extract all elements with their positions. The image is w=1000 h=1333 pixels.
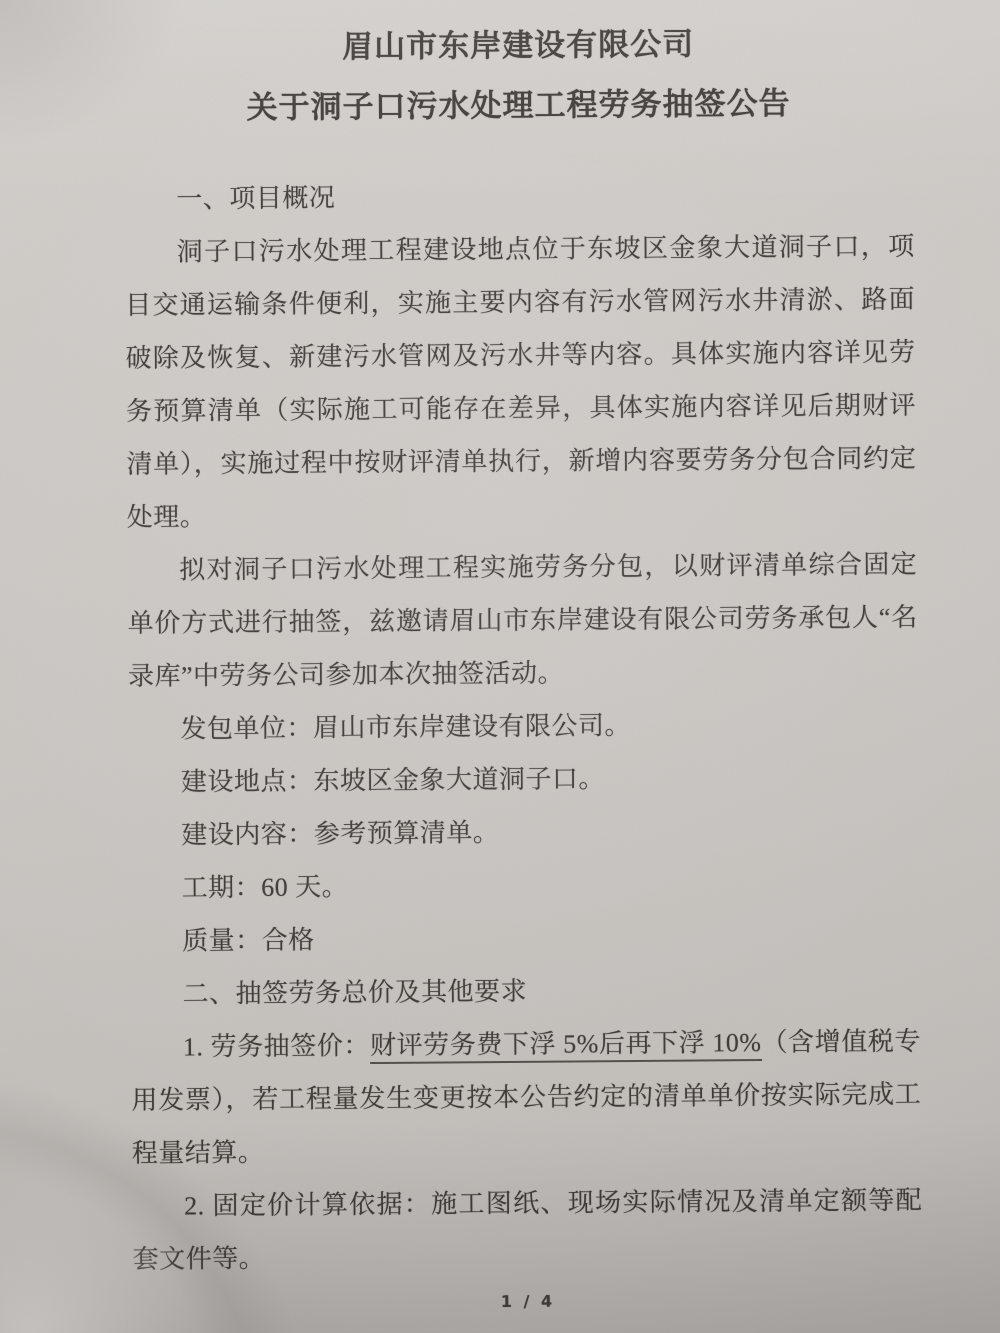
section1-paragraph-invitation: 拟对洞子口污水处理工程实施劳务分包，以财评清单综合固定单价方式进行抽签，兹邀请眉… bbox=[127, 538, 918, 703]
document-content: 眉山市东岸建设有限公司 关于洞子口污水处理工程劳务抽签公告 一、项目概况 洞子口… bbox=[0, 0, 1000, 1287]
section2-item-price: 1. 劳务抽签价：财评劳务费下浮 5%后再下浮 10%（含增值税专用发票），若工… bbox=[131, 1015, 922, 1180]
item-price-underlined-text: 财评劳务费下浮 5%后再下浮 10% bbox=[370, 1028, 762, 1064]
item-price-prefix: 1. 劳务抽签价： bbox=[183, 1031, 370, 1061]
field-quality: 质量：合格 bbox=[130, 909, 920, 968]
section2-heading: 二、抽签劳务总价及其他要求 bbox=[130, 962, 920, 1021]
section1-heading: 一、项目概况 bbox=[124, 167, 914, 226]
section1-paragraph-overview: 洞子口污水处理工程建设地点位于东坡区金象大道洞子口，项目交通运输条件便利，实施主… bbox=[125, 220, 917, 544]
section2-item-basis: 2. 固定价计算依据：施工图纸、现场实际情况及清单定额等配套文件等。 bbox=[132, 1174, 923, 1286]
title-notice: 关于洞子口污水处理工程劳务抽签公告 bbox=[123, 73, 913, 139]
title-company: 眉山市东岸建设有限公司 bbox=[123, 13, 913, 79]
field-issuing-unit: 发包单位：眉山市东岸建设有限公司。 bbox=[128, 697, 918, 756]
field-duration: 工期：60 天。 bbox=[130, 856, 920, 915]
field-construction-content: 建设内容：参考预算清单。 bbox=[129, 803, 919, 862]
document-header: 眉山市东岸建设有限公司 关于洞子口污水处理工程劳务抽签公告 bbox=[123, 13, 914, 139]
document-page: 眉山市东岸建设有限公司 关于洞子口污水处理工程劳务抽签公告 一、项目概况 洞子口… bbox=[0, 0, 1000, 1333]
document-photo: 眉山市东岸建设有限公司 关于洞子口污水处理工程劳务抽签公告 一、项目概况 洞子口… bbox=[0, 0, 1000, 1333]
page-number: 1 / 4 bbox=[133, 1289, 923, 1314]
field-construction-site: 建设地点：东坡区金象大道洞子口。 bbox=[129, 750, 919, 809]
